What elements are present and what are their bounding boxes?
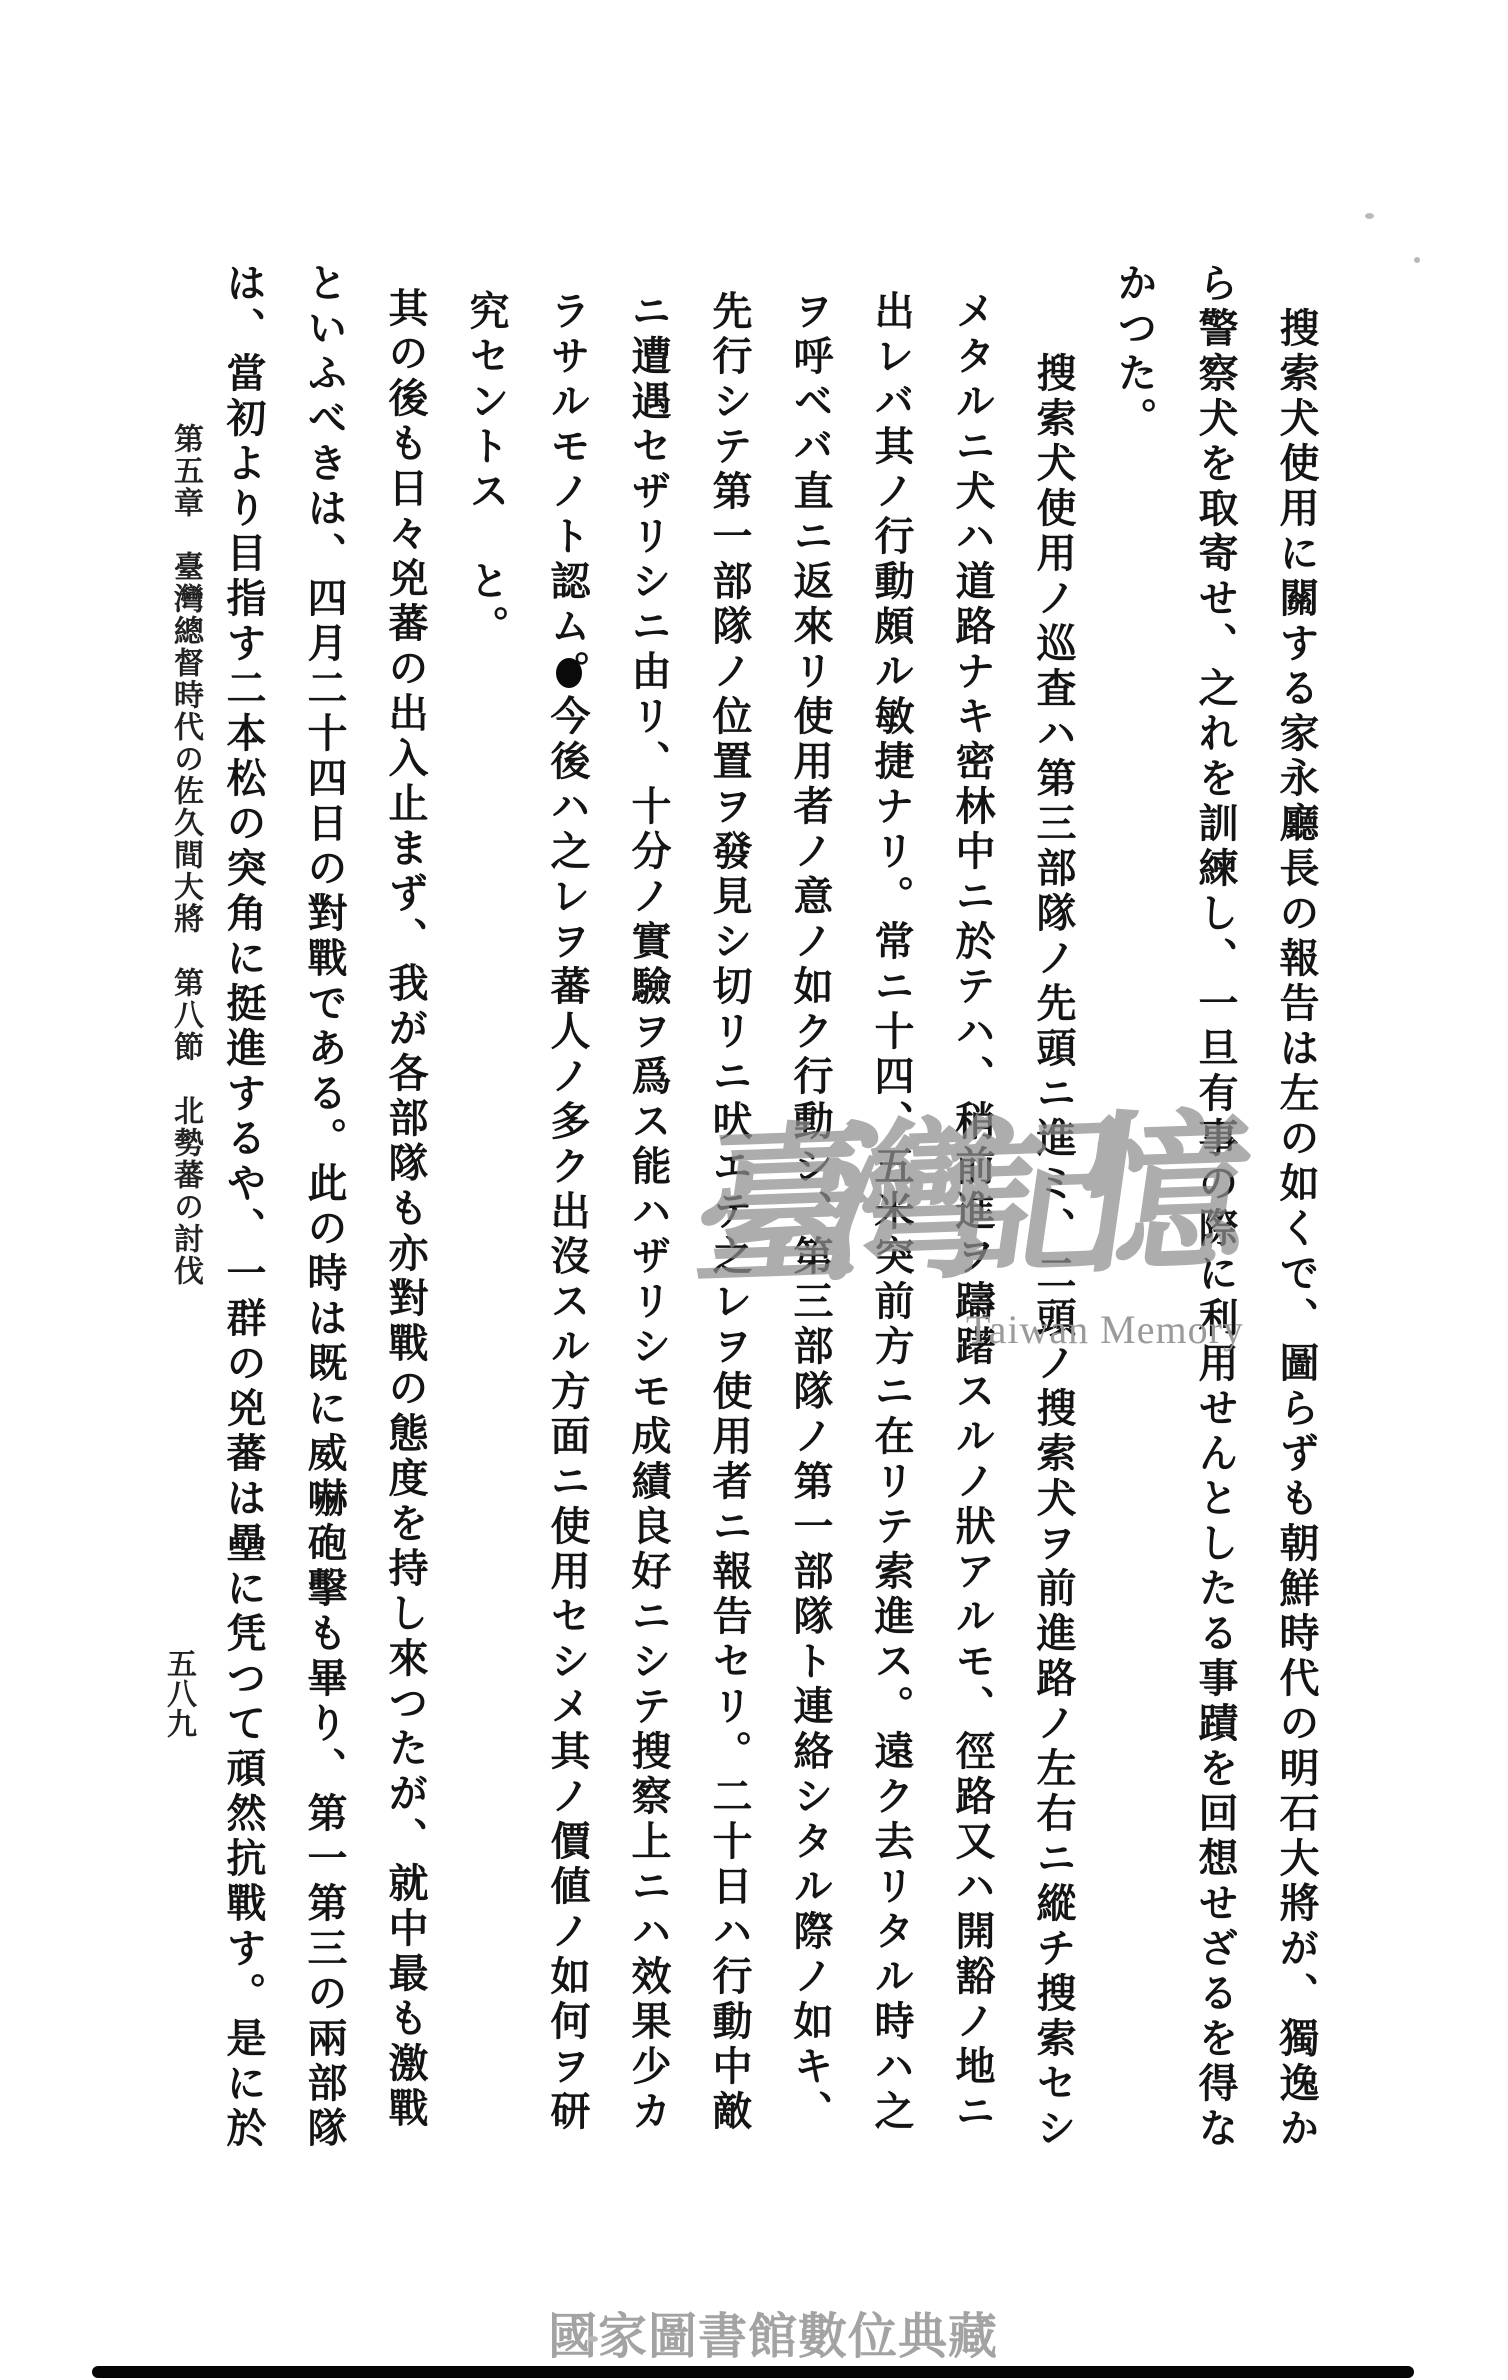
text-column: 其の後も日々兇蕃の出入止まず、我が各部隊も亦對戰の態度を持し來つたが、就中最も激…	[365, 262, 446, 2252]
page-number: 五八九	[156, 1648, 200, 1738]
text-column: 出レバ其ノ行動頗ル敏捷ナリ。常ニ十四、五米突前方ニ在リテ索進ス。遠ク去リタル時ハ…	[851, 262, 932, 2252]
scan-speck	[588, 2336, 598, 2342]
body-text-block: 搜索犬使用に關する家永廳長の報告は左の如くで、圖らずも朝鮮時代の明石大將が、獨逸…	[203, 262, 1337, 2252]
text-column: ら警察犬を取寄せ、之れを訓練し、一旦有事の際に利用せんとしたる事蹟を回想せざるを…	[1175, 262, 1256, 2252]
text-column: といふべきは、四月二十四日の對戰である。此の時は既に威嚇砲擊も畢り、第一第三の兩…	[284, 262, 365, 2252]
text-column: 先行シテ第一部隊ノ位置ヲ發見シ切リニ吠エテ之レヲ使用者ニ報告セリ。二十日ハ行動中…	[689, 262, 770, 2252]
library-watermark-footer: 國家圖書館數位典藏	[548, 2298, 998, 2368]
text-column: メタルニ犬ハ道路ナキ密林中ニ於テハ、稍前進ヲ躊躇スルノ狀アルモ、徑路又ハ開豁ノ地…	[932, 262, 1013, 2252]
running-head: 第五章 臺灣總督時代の佐久間大將 第八節 北勢蕃の討伐	[163, 423, 207, 1287]
text-column: 究セントス と。	[446, 262, 527, 2252]
text-column: ヲ呼ベバ直ニ返來リ使用者ノ意ノ如ク行動シ、第三部隊ノ第一部隊ト連絡シタル際ノ如キ…	[770, 262, 851, 2252]
scan-edge-bar	[92, 2366, 1414, 2378]
text-column: 搜索犬使用に關する家永廳長の報告は左の如くで、圖らずも朝鮮時代の明石大將が、獨逸…	[1256, 262, 1337, 2252]
scan-speck	[1414, 257, 1420, 263]
ink-blot	[556, 658, 582, 688]
text-column: ニ遭遇セザリシニ由リ、十分ノ實驗ヲ爲ス能ハザリシモ成績良好ニシテ搜察上ニハ效果少…	[608, 262, 689, 2252]
scanned-book-page: 搜索犬使用に關する家永廳長の報告は左の如くで、圖らずも朝鮮時代の明石大將が、獨逸…	[0, 0, 1508, 2380]
text-column: は、當初より目指す二本松の突角に挺進するや、一群の兇蕃は壘に凭つて頑然抗戰す。是…	[203, 262, 284, 2252]
text-column: 搜索犬使用ノ巡査ハ第三部隊ノ先頭ニ進ミ、二頭ノ搜索犬ヲ前進路ノ左右ニ縱チ搜索セシ	[1013, 262, 1094, 2252]
text-column: かつた。	[1094, 262, 1175, 2252]
scan-speck	[1365, 213, 1374, 219]
text-column: ラサルモノト認ム。今後ハ之レヲ蕃人ノ多ク出沒スル方面ニ使用セシメ其ノ價値ノ如何ヲ…	[527, 262, 608, 2252]
